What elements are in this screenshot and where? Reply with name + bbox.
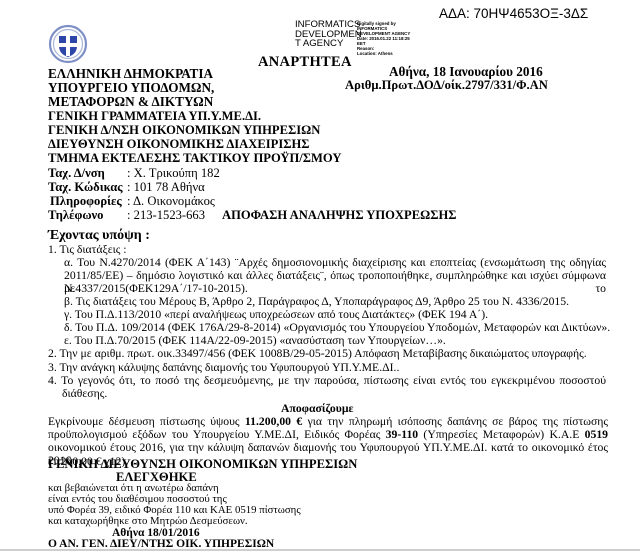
decision-text: προϋπολογισμού εξόδων του Υπουργείου Υ.Μ… <box>48 428 386 441</box>
protocol-number: Αριθμ.Πρωτ.ΔΟΔ/οίκ.2797/331/Φ.ΑΝ <box>345 78 548 93</box>
provision-e: ε. Του Π.Δ.70/2015 (ΦΕΚ 114Α/22-09-2015)… <box>64 334 446 347</box>
consideration-4-cont: διάθεσης. <box>62 387 107 400</box>
issuer-line: ΔΙΕΥΘΥΝΣΗ ΟΙΚΟΝΟΜΙΚΗΣ ΔΙΑΧΕΙΡΙΣΗΣ <box>48 137 310 151</box>
decision-text: Εγκρίνουμε δέσμευση πίστωσης ύψους <box>48 415 245 428</box>
considering-heading: Έχοντας υπόψη : <box>48 228 150 244</box>
verification-line: και καταχωρήθηκε στο Μητρώο Δεσμεύσεων. <box>48 515 248 527</box>
digital-signature-details: Digitally signed by INFORMATICS DEVELOPM… <box>357 21 410 56</box>
provision-c: γ. Του Π.Δ.113/2010 «περί αναλήψεως υποχ… <box>64 308 488 321</box>
commitment-amount: 11.200,00 € <box>245 415 302 428</box>
issuer-line: ΓΕΝΙΚΗ ΓΡΑΜΜΑΤΕΙΑ ΥΠ.Υ.ΜΕ.ΔΙ. <box>48 109 261 123</box>
consideration-4: 4. Το γεγονός ότι, το ποσό της δεσμευόμε… <box>48 374 606 387</box>
kae-code: 0519 <box>585 428 608 441</box>
phone-label: Τηλέφωνο <box>48 208 103 223</box>
signer-organization: INFORMATICS DEVELOPMEN T AGENCY <box>295 20 362 49</box>
decision-heading: Αποφασίζουμε <box>281 402 353 415</box>
address-label: Ταχ. Δ/νση <box>48 166 105 181</box>
decision-text: για την πληρωμή ισόποσης δαπάνης σε βάρο… <box>302 415 608 428</box>
greek-coat-of-arms-icon <box>48 24 88 64</box>
verification-department: ΓΕΝΙΚΗ ΔΙΕΥΘΥΝΣΗ ΟΙΚΟΝΟΜΙΚΩΝ ΥΠΗΡΕΣΙΩΝ <box>48 457 357 472</box>
phone-value: : 213-1523-663 <box>127 208 205 223</box>
provision-a-line: α. Του Ν.4270/2014 (ΦΕΚ Α΄143) ¨Αρχές δη… <box>64 256 606 269</box>
decision-paragraph-line: Εγκρίνουμε δέσμευση πίστωσης ύψους 11.20… <box>48 415 608 428</box>
postal-code-value: : 101 78 Αθήνα <box>127 180 205 195</box>
ada-code: ΑΔΑ: 70ΗΨ4653ΟΞ-3ΔΣ <box>439 6 588 21</box>
consideration-2: 2. Την με αριθμ. πρωτ. οικ.33497/456 (ΦΕ… <box>48 347 587 360</box>
body-code: 39-110 <box>386 428 418 441</box>
issuer-line: ΤΜΗΜΑ ΕΚΤΕΛΕΣΗΣ ΤΑΚΤΙΚΟΥ ΠΡΟΫΠ/ΣΜΟΥ <box>48 151 342 165</box>
provision-b: β. Τις διατάξεις του Μέρους Β, Άρθρο 2, … <box>64 295 569 308</box>
provision-d: δ. Του Π.Δ. 109/2014 (ΦΕΚ 176Α/29-8-2014… <box>64 321 610 334</box>
info-label: Πληροφορίες <box>50 194 122 209</box>
decision-paragraph-line: προϋπολογισμού εξόδων του Υπουργείου Υ.Μ… <box>48 428 608 441</box>
provision-a-line: Ν.4337/2015(ΦΕΚ129Α΄/17-10-2015). <box>64 282 248 295</box>
address-value: : Χ. Τρικούπη 182 <box>127 166 220 181</box>
decision-title: ΑΠΟΦΑΣΗ ΑΝΑΛΗΨΗΣ ΥΠΟΧΡΕΩΣΗΣ <box>222 208 456 223</box>
provisions-intro: 1. Τις διατάξεις : <box>48 243 127 256</box>
consideration-3: 3. Την ανάγκη κάλυψης δαπάνης διαμονής τ… <box>48 361 399 374</box>
issuer-line: ΜΕΤΑΦΟΡΩΝ & ΔΙΚΤΥΩΝ <box>48 95 213 109</box>
decision-text: (Υπηρεσίες Μεταφορών) Κ.Α.Ε <box>418 428 584 441</box>
signer-org-line: T AGENCY <box>295 39 362 49</box>
signature-detail: Location: Athens <box>357 51 410 56</box>
info-value: : Δ. Οικονομάκος <box>127 194 215 209</box>
issuer-line: ΓΕΝΙΚΗ Δ/ΝΣΗ ΟΙΚΟΝΟΜΙΚΩΝ ΥΠΗΡΕΣΙΩΝ <box>48 123 320 137</box>
posting-label: ΑΝΑΡΤΗΤΕΑ <box>258 54 352 71</box>
postal-code-label: Ταχ. Κώδικας <box>48 180 123 195</box>
